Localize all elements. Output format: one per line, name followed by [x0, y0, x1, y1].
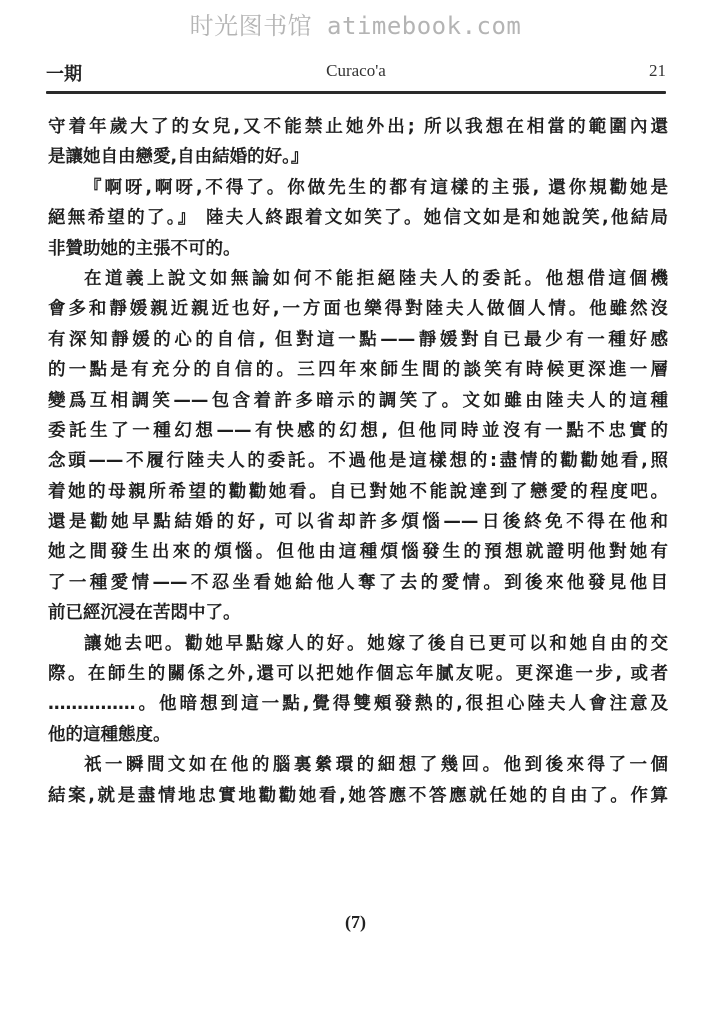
journal-page-number: 21 — [649, 61, 666, 81]
text-line: 守着年歲大了的女兒,又不能禁止她外出; 所以我想在相當的範圍內還 — [48, 112, 668, 142]
text-line: 的一點是有充分的自信的。三四年來師生間的談笑有時候更深進一層 — [48, 355, 668, 385]
text-line: 在道義上說文如無論如何不能拒絕陸夫人的委託。他想借這個機 — [48, 264, 668, 294]
text-line: 變爲互相調笑——包含着許多暗示的調笑了。文如雖由陸夫人的這種 — [48, 386, 668, 416]
text-line: ……………。他暗想到這一點,覺得雙頰發熱的,很担心陸夫人會注意及 — [48, 689, 668, 719]
watermark: 时光图书馆 atimebook.com — [0, 6, 711, 41]
body-text: 守着年歲大了的女兒,又不能禁止她外出; 所以我想在相當的範圍內還 是讓她自由戀愛… — [48, 112, 668, 811]
text-line: 際。在師生的關係之外,還可以把她作個忘年膩友呢。更深進一步, 或者 — [48, 659, 668, 689]
text-line: 還是勸她早點結婚的好, 可以省却許多煩惱——日後終免不得在他和 — [48, 507, 668, 537]
text-line: 祇一瞬間文如在他的腦裏縈環的細想了幾回。他到後來得了一個 — [48, 750, 668, 780]
text-line: 他的這種態度。 — [48, 720, 668, 750]
text-line: 會多和靜媛親近親近也好,一方面也樂得對陸夫人做個人情。他雖然沒 — [48, 294, 668, 324]
text-line: 前已經沉浸在苦悶中了。 — [48, 598, 668, 628]
text-line: 絕無希望的了。』 陸夫人終跟着文如笑了。她信文如是和她說笑,他結局 — [48, 203, 668, 233]
text-line: 她之間發生出來的煩惱。但他由這種煩惱發生的預想就證明他對她有 — [48, 537, 668, 567]
text-line: 讓她去吧。勸她早點嫁人的好。她嫁了後自已更可以和她自由的交 — [48, 629, 668, 659]
journal-title: Curaco'a — [46, 61, 666, 81]
text-line: 非贊助她的主張不可的。 — [48, 234, 668, 264]
text-line: 結案,就是盡情地忠實地勸勸她看,她答應不答應就任她的自由了。作算 — [48, 781, 668, 811]
header-rule — [46, 91, 666, 94]
text-line: 着她的母親所希望的勸勸她看。自已對她不能說達到了戀愛的程度吧。 — [48, 477, 668, 507]
text-line: 『啊呀,啊呀,不得了。你做先生的都有這樣的主張, 還你規勸她是 — [48, 173, 668, 203]
page-number: (7) — [0, 912, 711, 933]
text-line: 有深知靜媛的心的自信, 但對這一點——靜媛對自已最少有一種好感 — [48, 325, 668, 355]
text-line: 委託生了一種幻想——有快感的幻想, 但他同時並沒有一點不忠實的 — [48, 416, 668, 446]
running-head: 一期 Curaco'a 21 — [46, 60, 666, 86]
text-line: 念頭——不履行陸夫人的委託。不過他是這樣想的:盡情的勸勸她看,照 — [48, 446, 668, 476]
text-line: 了一種愛情——不忍坐看她給他人奪了去的愛情。到後來他發見他目 — [48, 568, 668, 598]
text-line: 是讓她自由戀愛,自由結婚的好。』 — [48, 142, 668, 172]
